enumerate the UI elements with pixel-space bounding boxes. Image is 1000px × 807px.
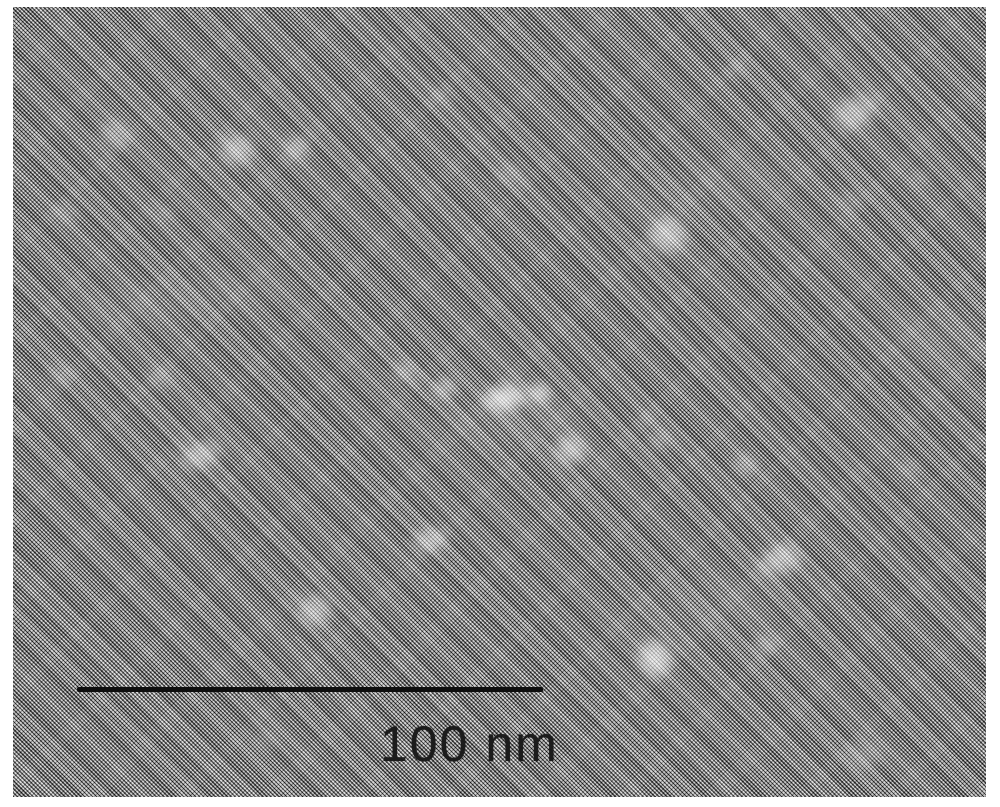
particle: [243, 722, 287, 758]
particle-layer: [13, 7, 986, 797]
particle: [425, 370, 465, 406]
particle: [159, 422, 242, 488]
particle: [745, 627, 785, 663]
particle: [640, 423, 680, 457]
particle: [725, 447, 765, 483]
particle: [810, 72, 901, 151]
particle: [629, 407, 661, 433]
particle: [390, 367, 637, 478]
particle: [522, 377, 558, 409]
particle: [89, 111, 141, 159]
particle: [627, 628, 683, 688]
particle: [709, 47, 761, 92]
particle: [636, 205, 700, 265]
particle: [739, 528, 821, 593]
particle: [275, 128, 319, 168]
particle: [902, 163, 938, 193]
particle: [481, 151, 539, 199]
scale-bar-label: 100 nm: [380, 719, 559, 769]
particle: [835, 731, 895, 779]
particle: [13, 244, 353, 355]
particle: [385, 354, 425, 390]
figure-canvas: 100 nm: [0, 0, 1000, 807]
particle: [892, 453, 928, 483]
particle: [544, 426, 596, 474]
scale-bar: [77, 687, 543, 692]
particle: [396, 513, 464, 567]
particle: [38, 357, 82, 393]
particle: [828, 182, 872, 218]
particle: [421, 77, 465, 113]
particle: [557, 538, 848, 676]
particle: [147, 198, 183, 228]
particle: [853, 287, 986, 387]
electron-micrograph: 100 nm: [13, 7, 986, 797]
particle: [287, 584, 343, 636]
particle: [558, 117, 868, 258]
particle: [47, 196, 87, 230]
particle: [468, 371, 541, 424]
particle: [136, 359, 184, 397]
particle: [201, 117, 272, 183]
